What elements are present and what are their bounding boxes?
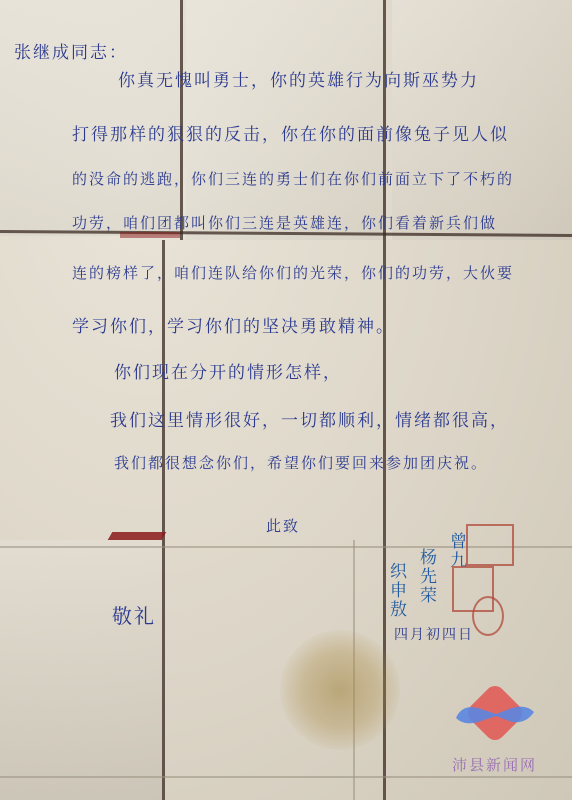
letter-paper: 张继成同志： 你真无愧叫勇士，你的英雄行为向斯巫势力 打得那样的狠狠的反击，你在… xyxy=(0,0,572,800)
body-line: 功劳，咱们团都叫你们三连是英雄连，你们看着新兵们做 xyxy=(72,212,497,233)
panel xyxy=(0,0,182,236)
paper-tear xyxy=(108,532,167,540)
panel xyxy=(0,540,162,800)
salutation: 张继成同志： xyxy=(14,38,128,63)
fold-line xyxy=(0,776,572,778)
body-line: 学习你们，学习你们的坚决勇敢精神。 xyxy=(72,312,395,337)
watermark-text: 沛县新闻网 xyxy=(452,754,537,775)
body-line: 我们这里情形很好，一切都顺利，情绪都很高， xyxy=(110,406,509,431)
news-logo-icon xyxy=(452,678,538,748)
signer: 织申敖 xyxy=(384,562,409,619)
body-line: 的没命的逃跑，你们三连的勇士们在你们前面立下了不朽的 xyxy=(72,168,514,189)
body-line: 我们都很想念你们，希望你们要回来参加团庆祝。 xyxy=(114,452,488,473)
body-line: 打得那样的狠狠的反击，你在你的面前像兔子见人似 xyxy=(72,120,509,145)
signer: 杨先荣 xyxy=(414,548,439,605)
red-seal-round xyxy=(472,596,504,636)
body-line: 你们现在分开的情形怎样， xyxy=(114,358,342,383)
body-line: 连的榜样了，咱们连队给你们的光荣，你们的功劳，大伙要 xyxy=(72,262,514,283)
body-line: 你真无愧叫勇士，你的英雄行为向斯巫势力 xyxy=(118,66,479,91)
date: 四月初四日 xyxy=(394,624,474,644)
red-seal-square xyxy=(466,524,514,566)
closing: 敬礼 xyxy=(112,600,156,629)
signature-mark: 此致 xyxy=(266,515,300,536)
water-stain xyxy=(280,630,400,750)
